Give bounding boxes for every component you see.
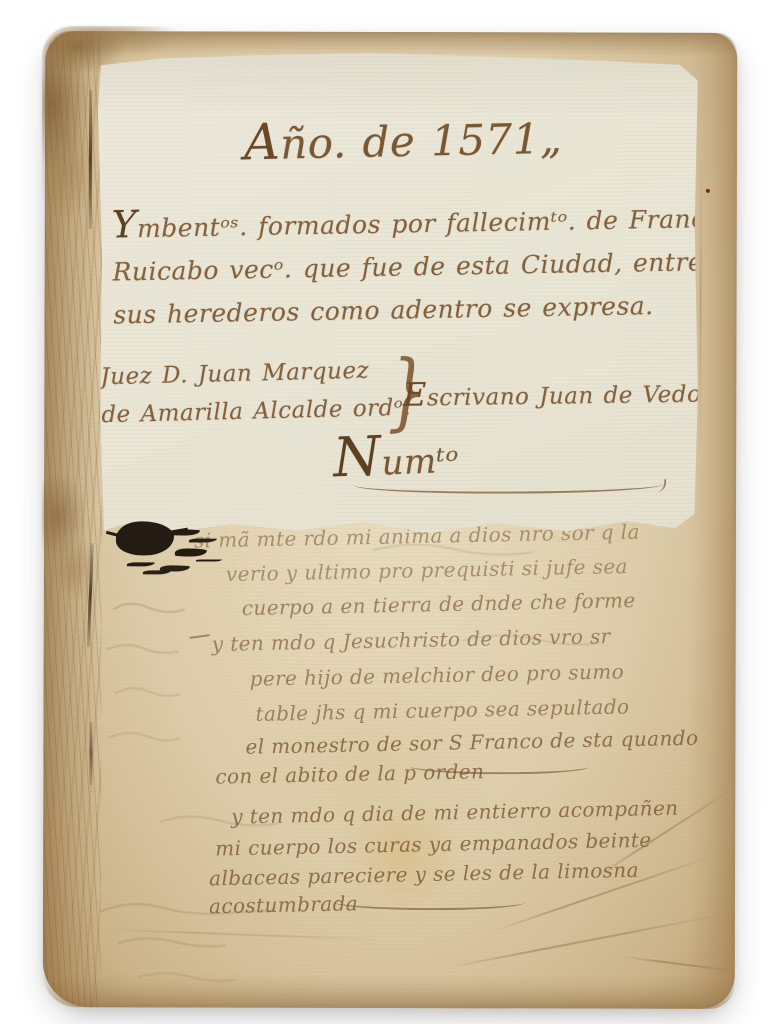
manuscript-line: albaceas pareciere y se les de la limosn… [209,858,639,891]
manuscript-line: acostumbrada [209,891,359,918]
worn-top-edge [45,31,737,57]
cover-heading: Ymbentᵒˢ. formados por fallecimᵗᵒ. de Fr… [111,192,759,336]
worn-bottom-edge [43,973,735,1009]
manuscript-line: y ten mdo q dia de mi entierro acompañen [231,796,679,829]
manuscript-line: cuerpo a en tierra de dnde che forme [242,588,636,620]
crease-line [103,928,383,941]
judge-block: Juez D. Juan Marquez de Amarilla Alcalde… [100,351,411,435]
cover-sheet: Año. de 1571„ Ymbentᵒˢ. formados por fal… [98,51,700,545]
ink-blot-core [116,521,174,555]
manuscript-line: table jhs q mi cuerpo sea sepultado [255,694,629,726]
manuscript-line: y ten mdo q Jesuchristo de dios vro sr [211,624,610,656]
photo-background: Año. de 1571„ Ymbentᵒˢ. formados por fal… [0,0,775,1024]
red-speck [706,189,710,193]
manuscript-line: verio y ultimo pro prequisti si jufe sea [226,554,628,586]
marginal-dash [190,634,210,639]
line-underline-flourish [333,894,525,911]
manuscript-line: el monestro de sor S Franco de sta quand… [245,726,698,759]
cover-title: Año. de 1571„ [237,107,568,172]
manuscript-folio: Año. de 1571„ Ymbentᵒˢ. formados por fal… [43,31,738,1009]
binding-thread [89,721,92,785]
binding-spine [43,31,104,1007]
ink-blot [102,511,202,575]
escribano-line: Escrivano Juan de Vedoya [403,371,730,414]
binding-thread [89,89,92,229]
numero-underline-flourish [353,475,663,494]
manuscript-line: pere hijo de melchior deo pro sumo [249,659,624,691]
crease-line [445,914,720,969]
manuscript-line: mi cuerpo los curas ya empanados beinte [215,828,652,861]
